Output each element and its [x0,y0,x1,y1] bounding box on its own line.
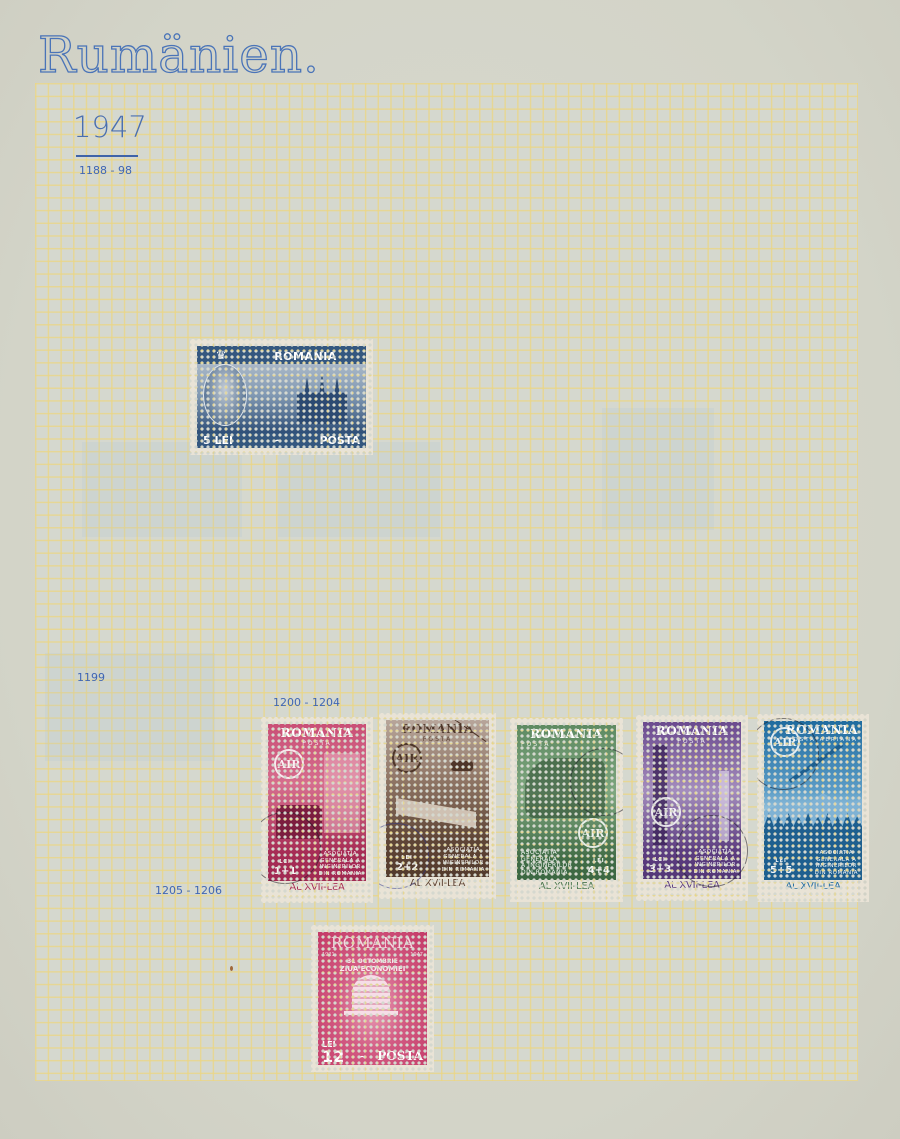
stamp-value: 5+5 [770,865,792,876]
stamp-country: ROMANIA [245,348,366,363]
beehive-stand [344,1011,398,1015]
catalog-label: 1199 [77,671,105,684]
stamp-country: ROMANIA [268,724,366,740]
year-heading: 1947 [73,110,147,144]
portrait-oval [203,364,247,426]
beehive-icon [352,975,390,1011]
stamp-posta: POSTA [319,434,360,447]
congress-text: AL XVII-LEA CONGRES [764,880,862,895]
stamp-posta: POSTA [377,1049,423,1063]
stamp-aig-5-5-airmail[interactable]: ROMANIA POSTA AERIANA AIR LEI5+5 ASOCIAT… [757,714,869,902]
country-heading: Rumänien. [38,26,320,84]
stamp-value: 12 [322,1047,344,1065]
album-page: Rumänien. 1947 1188 - 98 1199 1200 - 120… [0,0,900,1139]
stamp-country: ROMANIA [643,722,741,738]
stamp-king-michael-5-lei[interactable]: ♛ ROMANIA 5 LEI ∽ POSTA [190,339,373,455]
cable-car-icon [451,761,473,771]
stamp-aig-3-3[interactable]: ROMANIA POSTA AIR LEI3+3 ASOCIATIAGENERA… [636,715,748,901]
congress-text: AL XVII-LEA CONGRES [643,879,741,894]
dam-illustration [396,798,476,828]
stamp-posta: POSTA [386,736,489,743]
chimney-illustration [719,771,729,841]
empty-stamp-slot [82,442,242,537]
posthorn-icon: ∽ [272,434,281,447]
banner-title: ZIUA ECONOMIEI [318,965,427,973]
paper-stain [230,966,233,971]
catalog-label: 1205 - 1206 [155,884,222,897]
congress-text: AL XVII-LEA CONGRES [517,880,616,895]
stamp-value: 1+1 [274,866,296,877]
silo-illustration [324,753,360,833]
empty-stamp-slot [45,653,215,761]
association-text: ASOCIATIAGENERALA AINGINERILORDIN ROMANI… [319,851,362,877]
aig-logo-icon: AIR [274,749,304,779]
empty-stamp-slot [278,442,440,537]
aig-logo-icon: AIR [651,797,681,827]
stamp-savings-day-12-lei[interactable]: ROMANIA 1921 1947 31 OCTOMBRIE ZIUA ECON… [311,925,434,1072]
graph-paper-grid [35,83,858,1081]
congress-text: AL XVII-LEA CONGRES [268,881,366,896]
stamp-aig-2-2[interactable]: ROMANIA POSTA AIR LEI2+2 ASOCIATIAGENERA… [379,713,496,899]
year-underline [76,155,138,157]
empty-stamp-slot [602,408,714,530]
banner-date: 31 OCTOMBRIE [318,958,427,965]
stamp-posta: POSTA [643,738,741,745]
stamp-country: ROMANIA [517,725,616,741]
association-text: ASOCIATIAGENERALA AINGINERILORDIN ROMANI… [815,850,858,876]
stamp-value: 5 LEI [203,434,233,447]
congress-text: AL XVII-LEA CONGRES [386,877,489,892]
machinery-illustration [525,758,605,818]
association-text: ASOCIATIAGENERALA AINGINERILORDIN ROMANI… [442,847,485,873]
crown-icon: ♛ [197,348,245,362]
association-text: ASOCIATIAGENERALAA INGINERILORDIN ROMANI… [521,850,572,876]
association-text: ASOCIATIAGENERALA AINGINERILORDIN ROMANI… [694,849,737,875]
monastery-silhouette [297,372,347,424]
aig-logo-icon: AIR [578,818,608,848]
aig-logo-icon: AIR [392,743,422,773]
posthorn-icon: ∽ [357,1052,365,1063]
stamp-value: 3+3 [649,864,671,875]
catalog-label: 1200 - 1204 [273,696,340,709]
catalog-label: 1188 - 98 [79,164,132,177]
glider-icon [789,743,844,783]
stamp-country: ROMANIA [318,932,427,952]
stamp-aig-4-4[interactable]: ROMANIA POSTA AIR ASOCIATIAGENERALAA ING… [510,718,623,902]
stamp-aig-1-1[interactable]: ROMANIA POSTA AIR LEI1+1 ASOCIATIAGENERA… [261,717,373,903]
stamp-posta: POSTA [517,741,616,748]
stamp-value: 4+4 [588,865,610,876]
stamp-value: 2+2 [396,862,418,873]
tractor-illustration [276,805,322,839]
derrick-illustration [653,745,667,845]
stamp-posta: POSTA [268,740,366,747]
